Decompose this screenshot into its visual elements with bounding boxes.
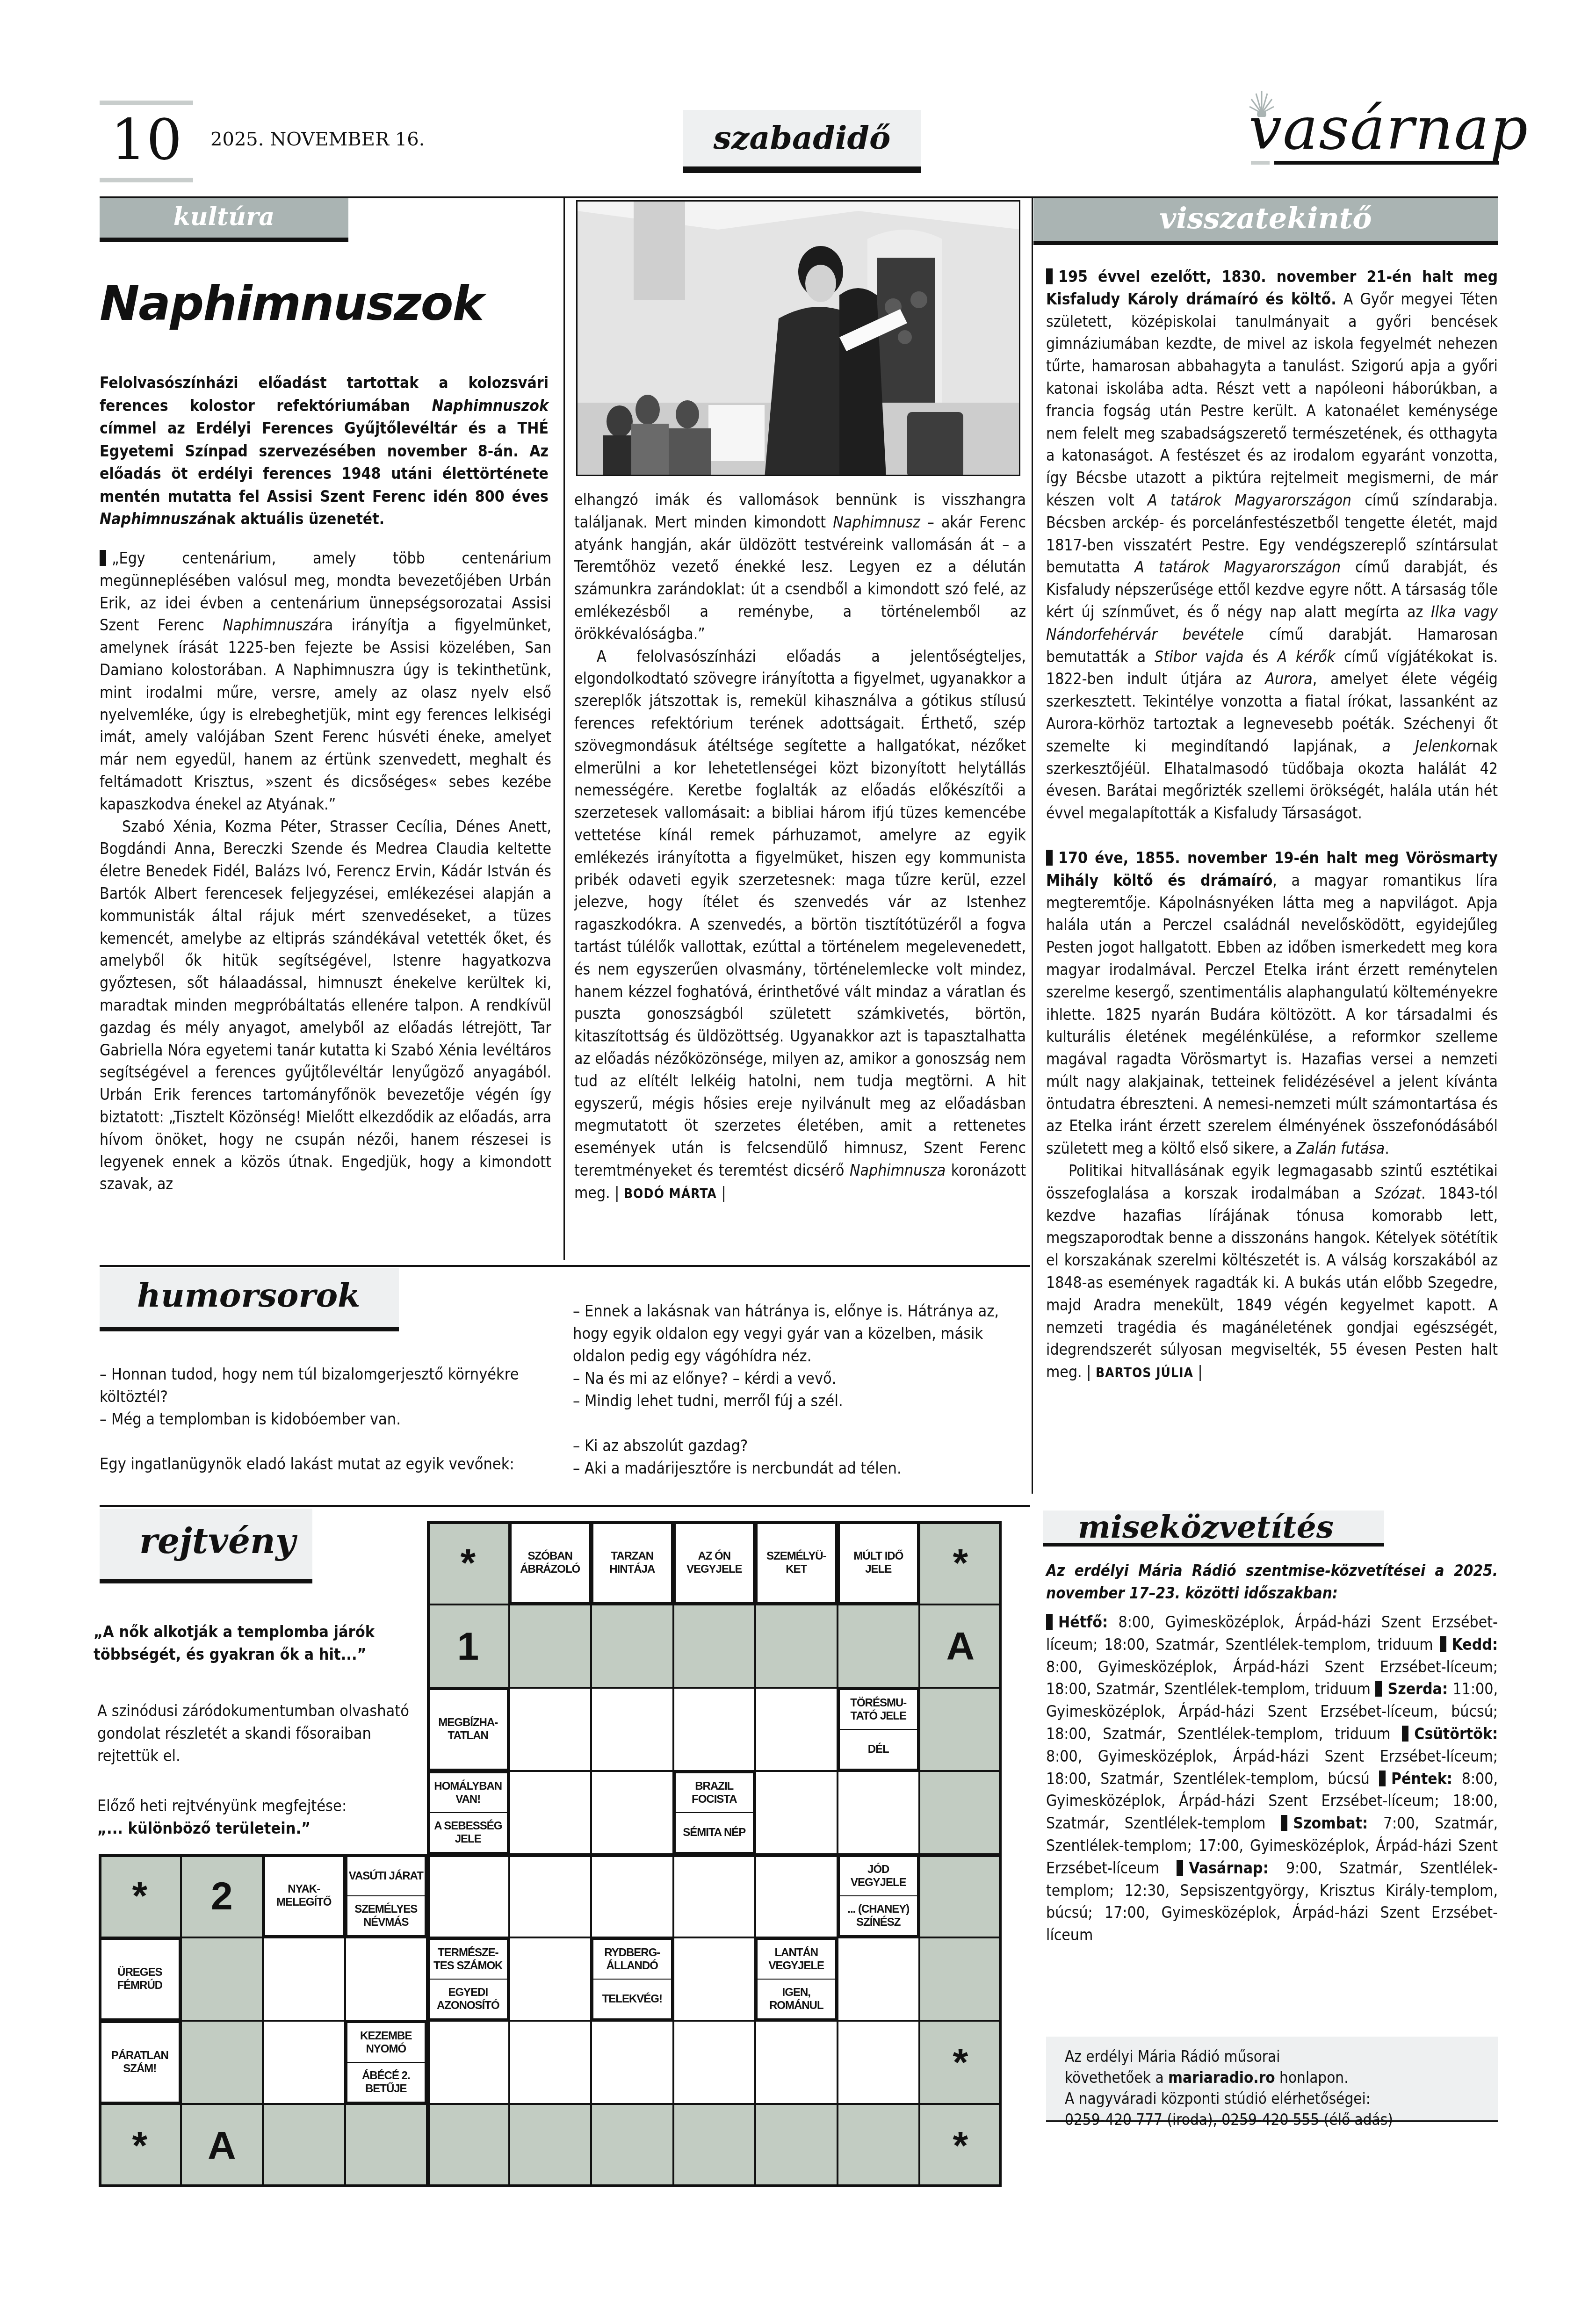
asterisk-cell: *	[99, 1854, 181, 1937]
answer-cell[interactable]	[673, 1937, 756, 2021]
solution-cell[interactable]	[673, 2104, 756, 2187]
clue-text: RYDBERG-ÁLLANDÓ	[593, 1940, 671, 1979]
mass-day-label: Hétfő:	[1058, 1613, 1108, 1631]
clue-text: TELEKVÉG!	[593, 1979, 671, 2018]
answer-cell[interactable]	[263, 1937, 345, 2021]
solution-cell[interactable]	[509, 2104, 592, 2187]
asterisk-cell: *	[919, 1521, 1002, 1604]
paragraph-marker	[100, 550, 106, 566]
paragraph-marker	[1046, 850, 1053, 866]
logo-text: vasárnap	[1249, 98, 1529, 159]
clue-text: ÁBÉCÉ 2. BETŰJE	[347, 2062, 425, 2102]
radio-website-link[interactable]: mariaradio.ro	[1168, 2068, 1275, 2087]
issue-date: 2025. NOVEMBER 16.	[210, 129, 425, 150]
mass-day-label: Vasárnap:	[1189, 1859, 1268, 1877]
paragraph-marker	[1046, 268, 1053, 284]
mass-schedule: Hétfő: 8:00, Gyimesközéplok, Árpád-házi …	[1046, 1611, 1498, 1946]
article-author: BODÓ MÁRTA	[624, 1186, 717, 1201]
article-photo	[576, 200, 1020, 476]
answer-cell[interactable]	[755, 1854, 838, 1937]
clue-text: JÓD VEGYJELE	[840, 1857, 917, 1895]
clue-text: SZEMÉLYES NÉVMÁS	[347, 1895, 425, 1935]
section-label-misekozvetites: miseközvetítés	[1043, 1511, 1384, 1547]
clue-text: LANTÁN VEGYJELE	[758, 1940, 835, 1979]
clue-cell: MÚLT IDŐ JELE	[838, 1521, 920, 1604]
asterisk-cell: *	[99, 2104, 181, 2187]
publication-logo: vasárnap	[1249, 98, 1499, 166]
mass-day-label: Szerda:	[1387, 1680, 1448, 1698]
answer-cell[interactable]	[755, 1771, 838, 1854]
clue-text: SZÓBAN ÁBRÁZOLÓ	[512, 1524, 589, 1602]
clue-cell: TÖRÉSMU-TATÓ JELEDÉL	[838, 1688, 920, 1771]
solution-cell[interactable]	[919, 1688, 1002, 1771]
clue-cell: JÓD VEGYJELE... (CHANEY) SZÍNÉSZ	[838, 1854, 920, 1937]
clue-text: ÜREGES FÉMRÚD	[101, 1940, 179, 2018]
answer-cell[interactable]	[509, 1688, 592, 1771]
clue-cell: RYDBERG-ÁLLANDÓTELEKVÉG!	[591, 1937, 673, 2021]
answer-cell[interactable]	[345, 1937, 427, 2021]
jokes-right: – Ennek a lakásnak van hátránya is, előn…	[573, 1300, 1022, 1480]
solution-cell[interactable]	[755, 1604, 838, 1688]
article-title: Naphimnuszok	[100, 276, 483, 332]
answer-cell[interactable]	[755, 1688, 838, 1771]
clue-text: DÉL	[840, 1729, 917, 1769]
clue-text: TERMÉSZE-TES SZÁMOK	[429, 1940, 507, 1979]
clue-text: NYAK-MELEGÍTŐ	[265, 1857, 343, 1935]
clue-cell: HOMÁLYBAN VAN!A SEBESSÉG JELE	[427, 1771, 509, 1854]
clue-cell: TERMÉSZE-TES SZÁMOKEGYEDI AZONOSÍTÓ	[427, 1937, 509, 2021]
clue-text: SZEMÉLYÜ-KET	[758, 1524, 835, 1602]
day-marker	[1379, 1771, 1386, 1786]
answer-cell[interactable]	[755, 2021, 838, 2104]
answer-cell[interactable]	[509, 1937, 592, 2021]
clue-text: IGEN, ROMÁNUL	[758, 1979, 835, 2018]
clue-cell: ÜREGES FÉMRÚD	[99, 1937, 181, 2021]
clue-text: MEGBÍZHA-TATLAN	[429, 1690, 507, 1769]
answer-cell[interactable]	[673, 2021, 756, 2104]
clue-text: A SEBESSÉG JELE	[429, 1812, 507, 1852]
solution-cell[interactable]	[919, 1937, 1002, 2021]
answer-cell[interactable]	[838, 1771, 920, 1854]
clue-text: TÖRÉSMU-TATÓ JELE	[840, 1690, 917, 1729]
puzzle-top-rule	[100, 1505, 1030, 1507]
clue-text: SÉMITA NÉP	[676, 1812, 753, 1852]
mass-intro: Az erdélyi Mária Rádió szentmise-közvetí…	[1046, 1560, 1498, 1604]
clue-text: VASÚTI JÁRAT	[347, 1857, 425, 1895]
day-marker	[1440, 1636, 1446, 1652]
clue-cell: KEZEMBE NYOMÓÁBÉCÉ 2. BETŰJE	[345, 2021, 427, 2104]
answer-cell[interactable]	[509, 2021, 592, 2104]
clue-text: ... (CHANEY) SZÍNÉSZ	[840, 1895, 917, 1935]
clue-text: AZ ÓN VEGYJELE	[676, 1524, 753, 1602]
solution-cell[interactable]	[919, 1854, 1002, 1937]
asterisk-cell: *	[919, 2021, 1002, 2104]
radio-info-box: Az erdélyi Mária Rádió műsorai követhető…	[1046, 2037, 1498, 2122]
column-divider	[1032, 198, 1033, 1494]
solution-cell[interactable]	[838, 2104, 920, 2187]
asterisk-cell: *	[919, 2104, 1002, 2187]
retro-author: BARTOS JÚLIA	[1096, 1365, 1193, 1380]
solution-cell[interactable]	[838, 1604, 920, 1688]
solution-cell[interactable]	[755, 2104, 838, 2187]
clue-text: HOMÁLYBAN VAN!	[429, 1773, 507, 1812]
solution-cell[interactable]	[509, 1604, 592, 1688]
humor-top-rule	[100, 1265, 1030, 1267]
day-marker	[1046, 1614, 1053, 1630]
article-body-col2: elhangzó imák és vallomások bennünk is v…	[574, 489, 1026, 1205]
answer-cell[interactable]	[263, 2021, 345, 2104]
clue-text: MÚLT IDŐ JELE	[840, 1524, 917, 1602]
logo-underline-black	[1274, 161, 1499, 165]
answer-cell[interactable]	[591, 1688, 673, 1771]
mass-day-label: Péntek:	[1391, 1770, 1452, 1788]
answer-cell[interactable]	[591, 1854, 673, 1937]
crossword-grid: *SZÓBAN ÁBRÁZOLÓTARZAN HINTÁJAAZ ÓN VEGY…	[99, 1521, 1001, 2187]
day-marker	[1375, 1681, 1382, 1697]
solution-cell[interactable]	[345, 2104, 427, 2187]
mass-day-label: Szombat:	[1293, 1814, 1368, 1832]
section-header-szabadido: szabadidő	[683, 110, 921, 173]
solution-marker-cell: 1	[427, 1604, 509, 1688]
answer-cell[interactable]	[591, 2021, 673, 2104]
answer-cell[interactable]	[673, 1688, 756, 1771]
answer-cell[interactable]	[673, 1854, 756, 1937]
clue-cell: BRAZIL FOCISTASÉMITA NÉP	[673, 1771, 756, 1854]
answer-cell[interactable]	[838, 1937, 920, 2021]
answer-cell[interactable]	[591, 1771, 673, 1854]
retro-body: 195 évvel ezelőtt, 1830. november 21-én …	[1046, 266, 1498, 1384]
clue-text: TARZAN HINTÁJA	[593, 1524, 671, 1602]
clue-cell: SZEMÉLYÜ-KET	[755, 1521, 838, 1604]
solution-marker-cell: A	[919, 1604, 1002, 1688]
answer-cell[interactable]	[509, 1854, 592, 1937]
solution-cell[interactable]	[673, 1604, 756, 1688]
clue-cell: AZ ÓN VEGYJELE	[673, 1521, 756, 1604]
section-label-visszatekinto: visszatekintő	[1033, 198, 1498, 245]
answer-cell[interactable]	[427, 2021, 509, 2104]
clue-text: BRAZIL FOCISTA	[676, 1773, 753, 1812]
clue-cell: VASÚTI JÁRATSZEMÉLYES NÉVMÁS	[345, 1854, 427, 1937]
day-marker	[1402, 1726, 1408, 1742]
solution-cell[interactable]	[427, 2104, 509, 2187]
solution-marker-cell: A	[181, 2104, 263, 2187]
answer-cell[interactable]	[509, 1771, 592, 1854]
solution-cell[interactable]	[591, 1604, 673, 1688]
clue-cell: PÁRATLAN SZÁM!	[99, 2021, 181, 2104]
day-marker	[1177, 1860, 1183, 1876]
answer-cell[interactable]	[838, 2021, 920, 2104]
jokes-left: – Honnan tudod, hogy nem túl bizalomgerj…	[100, 1363, 549, 1475]
mass-day-text: 8:00, Gyimesközéplok, Árpád-házi Szent E…	[1046, 1613, 1498, 1654]
answer-cell[interactable]	[427, 1854, 509, 1937]
clue-text: PÁRATLAN SZÁM!	[101, 2023, 179, 2102]
asterisk-cell: *	[427, 1521, 509, 1604]
clue-cell: MEGBÍZHA-TATLAN	[427, 1688, 509, 1771]
article-lead: Felolvasószínházi előadást tartottak a k…	[100, 372, 549, 531]
solution-cell[interactable]	[919, 1771, 1002, 1854]
section-label-humorsorok: humorsorok	[100, 1268, 399, 1331]
solution-cell[interactable]	[181, 1937, 263, 2021]
day-marker	[1281, 1815, 1287, 1831]
solution-cell[interactable]	[181, 2021, 263, 2104]
article-body-col1: „Egy centenárium, amely több centenárium…	[100, 547, 551, 1195]
column-divider	[563, 198, 565, 1260]
photo-scene	[578, 202, 1020, 476]
mass-day-label: Csütörtök:	[1414, 1725, 1498, 1743]
section-label-kultura: kultúra	[100, 198, 348, 242]
mass-day-label: Kedd:	[1452, 1635, 1498, 1654]
clue-text: KEZEMBE NYOMÓ	[347, 2023, 425, 2062]
solution-marker-cell: 2	[181, 1854, 263, 1937]
clue-cell: SZÓBAN ÁBRÁZOLÓ	[509, 1521, 592, 1604]
clue-cell: NYAK-MELEGÍTŐ	[263, 1854, 345, 1937]
logo-underline-gray	[1251, 161, 1270, 165]
page-number: 10	[100, 101, 193, 182]
clue-text: EGYEDI AZONOSÍTÓ	[429, 1979, 507, 2018]
clue-cell: TARZAN HINTÁJA	[591, 1521, 673, 1604]
clue-cell: LANTÁN VEGYJELEIGEN, ROMÁNUL	[755, 1937, 838, 2021]
solution-cell[interactable]	[263, 2104, 345, 2187]
solution-cell[interactable]	[591, 2104, 673, 2187]
